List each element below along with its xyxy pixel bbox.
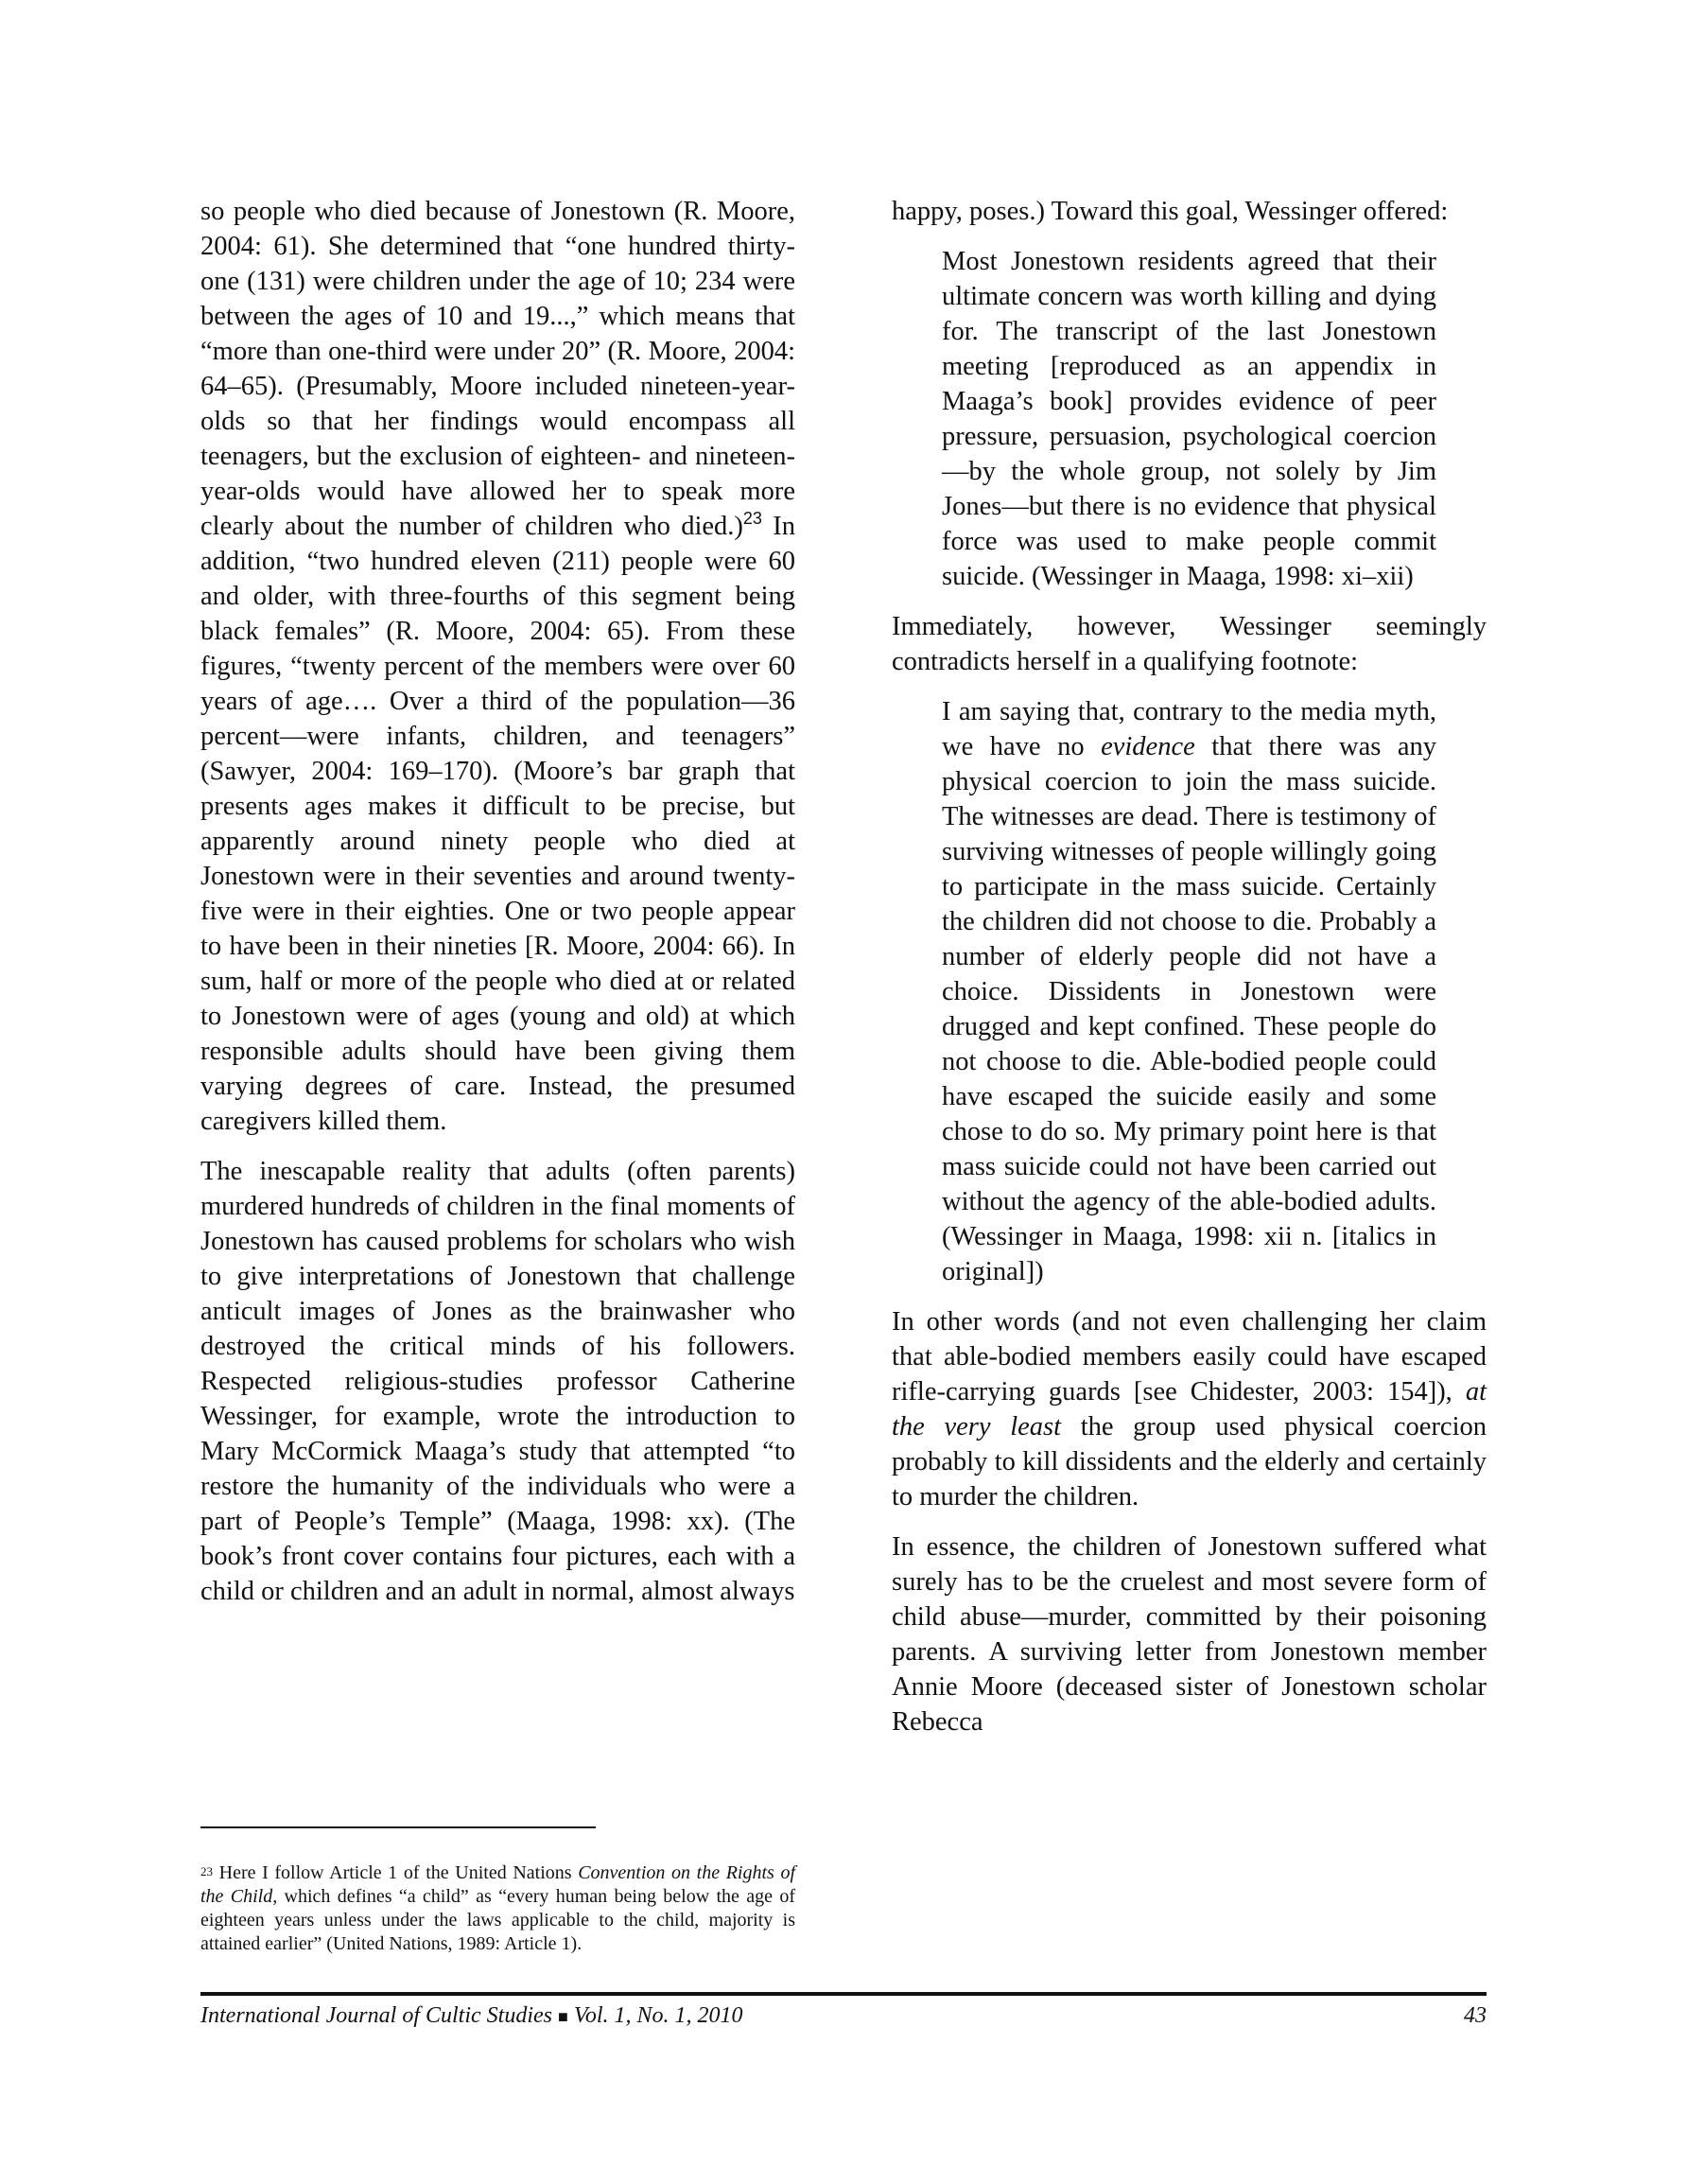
footnote: 23 Here I follow Article 1 of the United… xyxy=(200,1861,795,1956)
page-footer: International Journal of Cultic Studies … xyxy=(200,2003,1487,2029)
block-quote: Most Jonestown residents agreed that the… xyxy=(942,244,1436,594)
block-quote: I am saying that, contrary to the media … xyxy=(942,694,1436,1289)
square-separator-icon: ■ xyxy=(558,2007,568,2026)
body-paragraph: The inescapable reality that adults (oft… xyxy=(200,1154,795,1609)
left-column: so people who died because of Jonestown … xyxy=(200,194,795,1624)
body-paragraph: In essence, the children of Jonestown su… xyxy=(892,1529,1487,1739)
journal-citation: International Journal of Cultic Studies … xyxy=(200,2003,743,2029)
body-paragraph: happy, poses.) Toward this goal, Wessing… xyxy=(892,194,1487,229)
right-column: happy, poses.) Toward this goal, Wessing… xyxy=(892,194,1487,1755)
footnote-divider xyxy=(200,1826,596,1828)
body-paragraph: Immediately, however, Wessinger seemingl… xyxy=(892,609,1487,679)
footnote-number: 23 xyxy=(200,1864,213,1878)
footer-divider xyxy=(200,1992,1487,1996)
italic-emphasis: evidence xyxy=(1101,732,1195,761)
body-paragraph: In other words (and not even challenging… xyxy=(892,1304,1487,1514)
page-number: 43 xyxy=(1464,2003,1487,2029)
body-paragraph: so people who died because of Jonestown … xyxy=(200,194,795,1139)
footnote-reference[interactable]: 23 xyxy=(743,509,762,528)
